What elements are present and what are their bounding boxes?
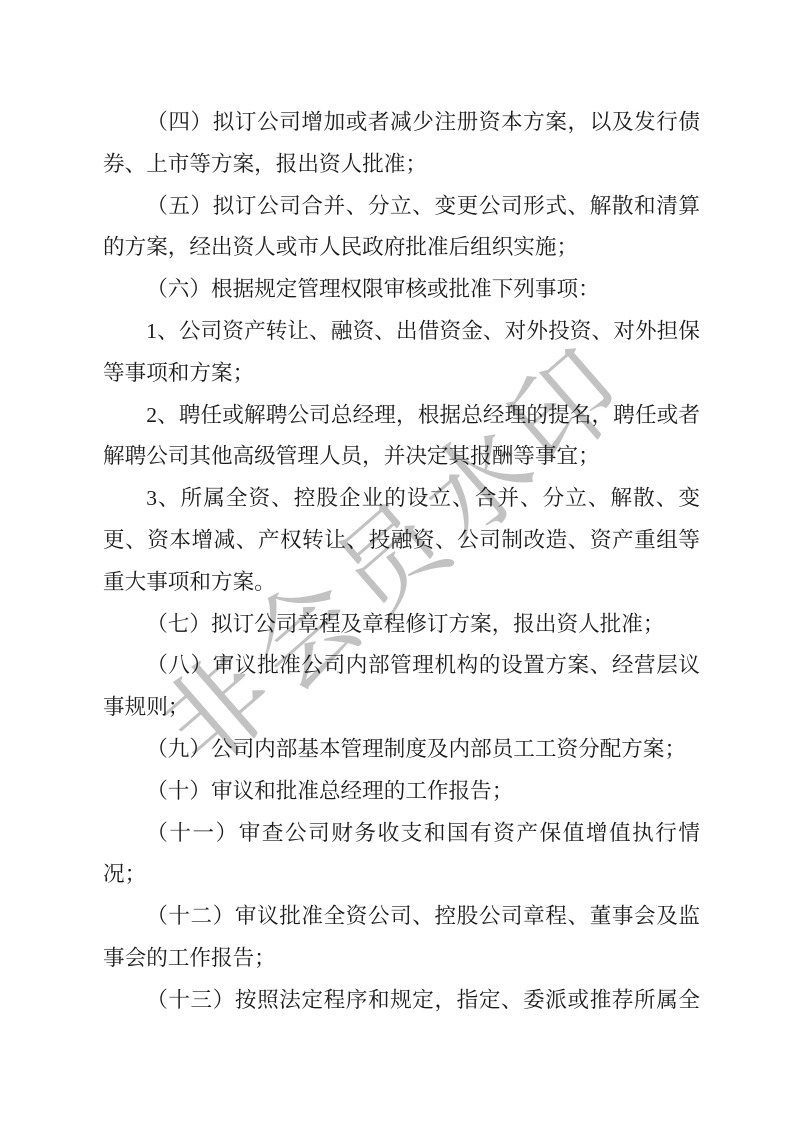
text-line: （五）拟订公司合并、分立、变更公司形式、解散和清算 [103,186,700,228]
text-line: 等事项和方案； [103,353,700,395]
text-block: （四）拟订公司增加或者减少注册资本方案，以及发行债券、上市等方案，报出资人批准；… [103,102,700,1022]
document-page: 非会员水印 （四）拟订公司增加或者减少注册资本方案，以及发行债券、上市等方案，报… [0,0,800,1131]
text-line: （八）审议批准公司内部管理机构的设置方案、经营层议 [103,645,700,687]
text-line: 解聘公司其他高级管理人员，并决定其报酬等事宜； [103,436,700,478]
text-line: 3、所属全资、控股企业的设立、合并、分立、解散、变 [103,478,700,520]
text-line: 况； [103,854,700,896]
text-line: （十）审议和批准总经理的工作报告； [103,771,700,813]
text-line: 券、上市等方案，报出资人批准； [103,144,700,186]
text-line: （十三）按照法定程序和规定，指定、委派或推荐所属全 [103,980,700,1022]
text-line: 事规则； [103,687,700,729]
text-line: （四）拟订公司增加或者减少注册资本方案，以及发行债 [103,102,700,144]
text-line: 更、资本增减、产权转让、投融资、公司制改造、资产重组等 [103,520,700,562]
text-line: 的方案，经出资人或市人民政府批准后组织实施； [103,227,700,269]
text-line: （七）拟订公司章程及章程修订方案，报出资人批准； [103,604,700,646]
text-line: 事会的工作报告； [103,938,700,980]
text-line: （六）根据规定管理权限审核或批准下列事项： [103,269,700,311]
text-line: 2、聘任或解聘公司总经理，根据总经理的提名，聘任或者 [103,395,700,437]
text-line: 重大事项和方案。 [103,562,700,604]
text-line: （九）公司内部基本管理制度及内部员工工资分配方案； [103,729,700,771]
text-line: （十一）审查公司财务收支和国有资产保值增值执行情 [103,813,700,855]
text-line: 1、公司资产转让、融资、出借资金、对外投资、对外担保 [103,311,700,353]
text-line: （十二）审议批准全资公司、控股公司章程、董事会及监 [103,896,700,938]
